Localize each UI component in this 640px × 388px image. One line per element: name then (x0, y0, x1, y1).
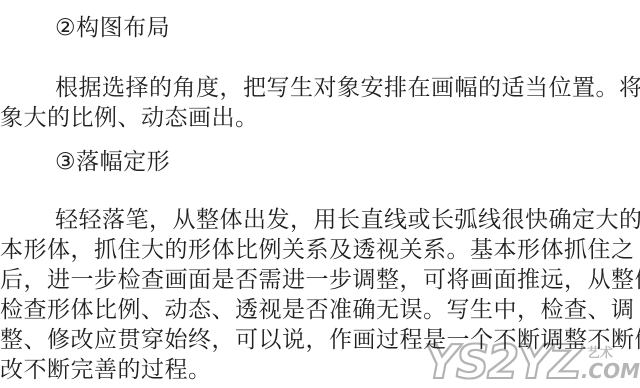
text-line: 象大的比例、动态画出。 (0, 103, 640, 133)
text-line: 后，进一步检查画面是否需进一步调整，可将画面推远，从整体 (0, 265, 640, 295)
text-line: 轻轻落笔，从整体出发，用长直线或长弧线很快确定大的基 (0, 205, 640, 235)
text-line: 整、修改应贯穿始终，可以说，作画过程是一个不断调整不断修 (0, 325, 640, 355)
section-heading-shaping: ③落幅定形 (55, 147, 640, 177)
page: { "page": { "background": "#ffffff", "te… (0, 0, 640, 388)
text-line: 检查形体比例、动态、透视是否准确无误。写生中，检查、调 (0, 295, 640, 325)
text-line: 改不断完善的过程。 (0, 355, 640, 385)
document-body: ②构图布局 根据选择的角度，把写生对象安排在画幅的适当位置。将对 象大的比例、动… (0, 13, 640, 385)
text-line: 本形体，抓住大的形体比例关系及透视关系。基本形体抓住之 (0, 235, 640, 265)
section-heading-composition: ②构图布局 (55, 13, 640, 43)
paragraph-composition: 根据选择的角度，把写生对象安排在画幅的适当位置。将对 象大的比例、动态画出。 (0, 73, 640, 133)
text-line: 根据选择的角度，把写生对象安排在画幅的适当位置。将对 (0, 73, 640, 103)
paragraph-shaping: 轻轻落笔，从整体出发，用长直线或长弧线很快确定大的基 本形体，抓住大的形体比例关… (0, 205, 640, 385)
